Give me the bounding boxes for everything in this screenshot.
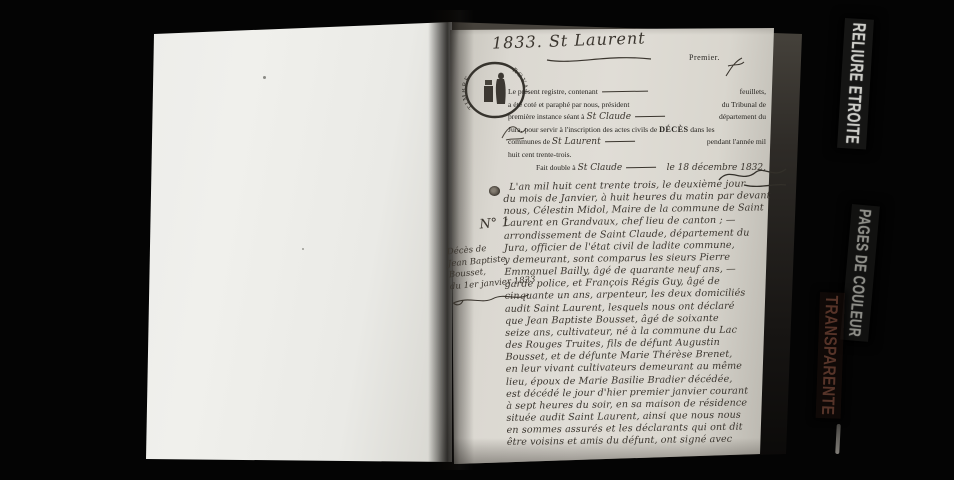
spine-label-reliure-etroite: RELIURE ETROITE: [837, 18, 874, 149]
notice-text: a été coté et paraphé par nous, présiden…: [508, 99, 629, 112]
notice-text: Jura, pour servir à l'inscription des ac…: [508, 125, 659, 134]
blank-verso-page: [140, 14, 452, 464]
handwritten-insert-squiggle: [626, 160, 656, 168]
notice-text: du Tribunal de: [722, 99, 766, 112]
archival-scan-viewport: 1833. St Laurent Premier. TIMBRE ROYAL L…: [0, 0, 954, 480]
svg-text:TIMBRE: TIMBRE: [462, 74, 474, 111]
ink-blot: [489, 186, 500, 196]
handwritten-insert: St Laurent: [552, 137, 601, 147]
paper-speck: [263, 76, 266, 79]
notice-text: feuillets,: [740, 86, 766, 99]
notice-text: Fait double à: [536, 163, 576, 172]
page-edge-highlight: [835, 424, 841, 454]
notice-text: huit cent trente-trois.: [508, 150, 571, 159]
handwritten-insert: St Claude: [586, 112, 631, 122]
notice-text: Le présent registre, contenant: [508, 87, 598, 96]
notice-text: dans les: [688, 125, 714, 134]
notice-row: Jura, pour servir à l'inscription des ac…: [508, 124, 766, 137]
death-act-text: L'an mil huit cent trente trois, le deux…: [503, 178, 783, 449]
handwritten-insert-squiggle: [635, 110, 665, 118]
notice-text: première instance séant à: [508, 112, 585, 121]
spine-label-transparente: TRANSPARENTE: [816, 292, 845, 419]
stamp-figure-head: [498, 73, 504, 80]
notice-row: Le présent registre, contenant feuillets…: [508, 86, 766, 99]
spine-label-pages-de-couleur: PAGES DE COULEUR: [840, 204, 880, 342]
notice-text: pendant l'année mil: [707, 136, 766, 149]
handwritten-insert-squiggle: [605, 135, 635, 143]
folio-label: Premier.: [689, 53, 720, 62]
paper-speck: [302, 248, 304, 250]
handwritten-insert-squiggle: [602, 85, 648, 93]
handwritten-insert: St Claude: [578, 163, 623, 173]
stamp-figure-body: [496, 79, 506, 104]
folio-paraph-squiggle: [722, 56, 748, 78]
notice-deces-caps: DÉCÈS: [659, 125, 688, 134]
notice-text: communes de: [508, 137, 550, 146]
notice-row: communes de St Laurent pendant l'année m…: [508, 136, 766, 149]
title-underline-flourish: [545, 53, 655, 65]
notice-text: département du: [719, 111, 766, 124]
stamp-arc-left-text: TIMBRE: [462, 74, 474, 111]
stamp-pedestal-figure: [484, 86, 493, 102]
notice-row: première instance séant à St Claude dépa…: [508, 111, 766, 124]
register-notice: Le présent registre, contenant feuillets…: [508, 86, 766, 174]
notice-row: huit cent trente-trois.: [508, 149, 766, 162]
